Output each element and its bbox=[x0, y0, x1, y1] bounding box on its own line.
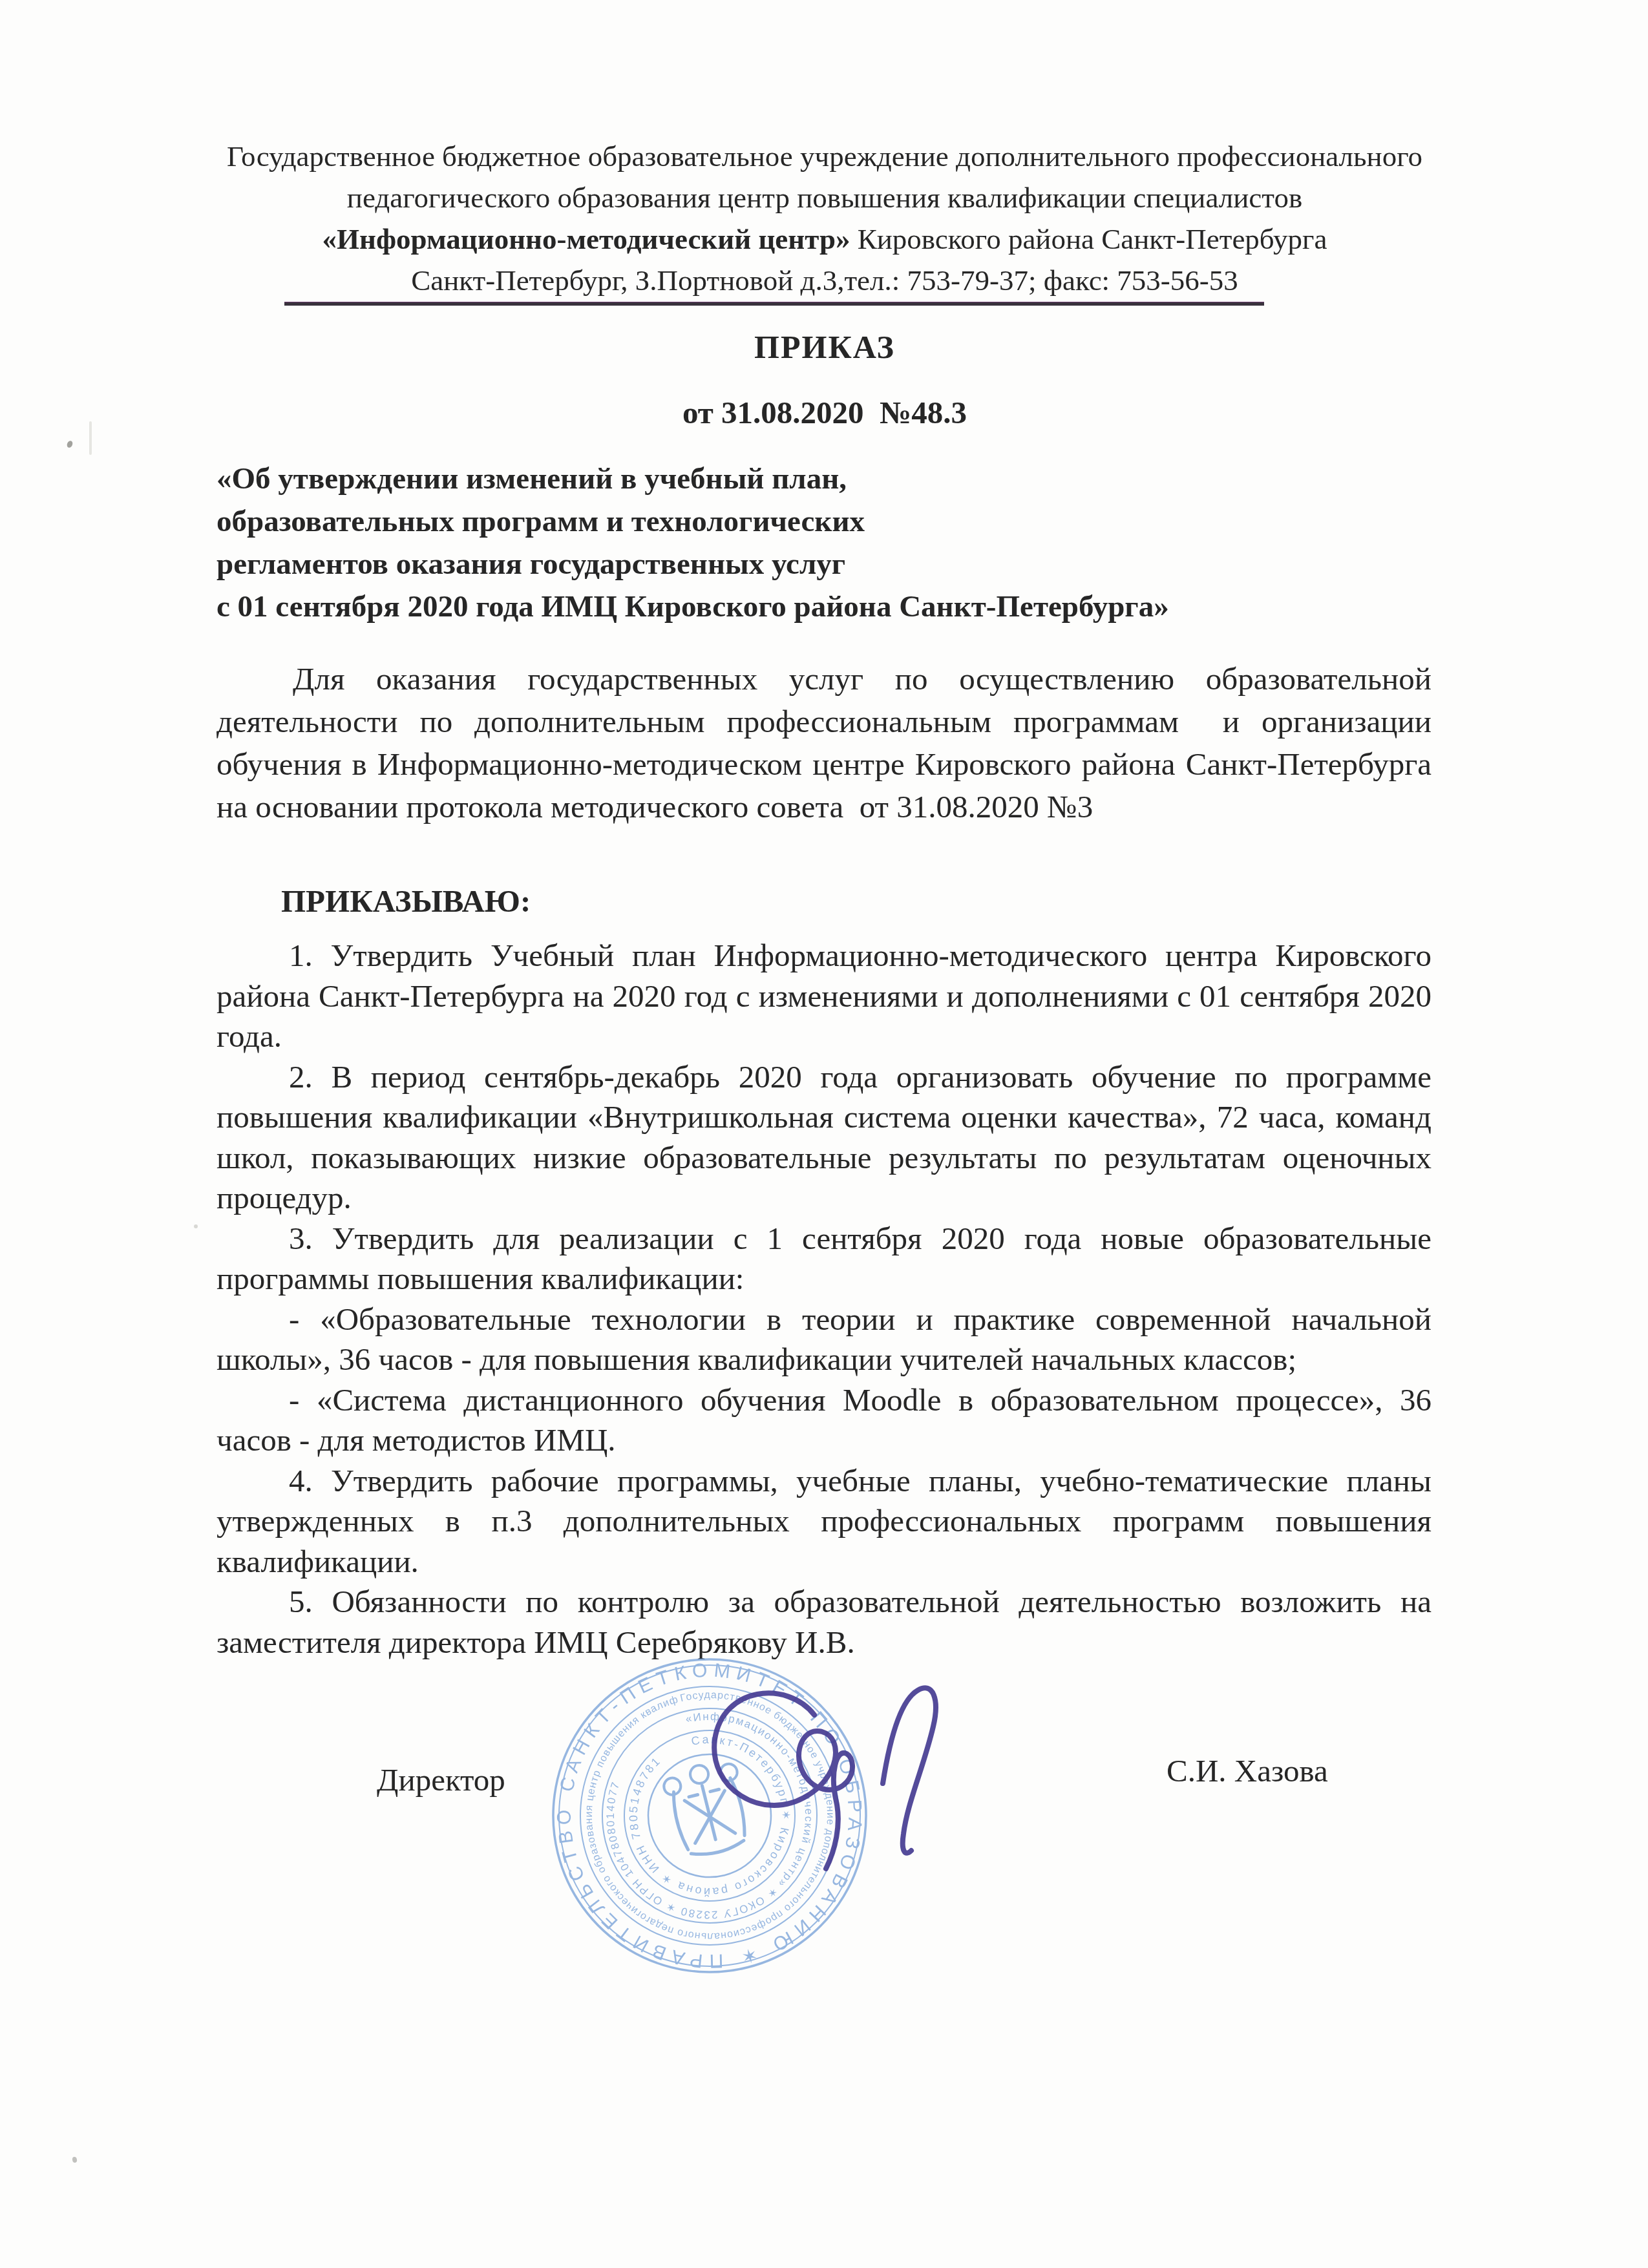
scan-artifact bbox=[72, 2156, 78, 2163]
letterhead-line-4: Санкт-Петербург, З.Портновой д.3,тел.: 7… bbox=[217, 260, 1433, 301]
org-name-rest: Кировского района Санкт-Петербурга bbox=[858, 223, 1327, 255]
subject-line-3: регламентов оказания государственных усл… bbox=[217, 543, 1444, 585]
scan-artifact bbox=[66, 440, 74, 448]
letterhead-line-1: Государственное бюджетное образовательно… bbox=[217, 136, 1433, 177]
order-subject: «Об утверждении изменений в учебный план… bbox=[217, 457, 1444, 628]
order-title: ПРИКАЗ bbox=[217, 328, 1433, 366]
stamp-coat-of-arms bbox=[660, 1756, 755, 1861]
subject-line-2: образовательных программ и технологическ… bbox=[217, 500, 1444, 543]
stamp-ring-middle1-text: Государственное бюджетное учреждение доп… bbox=[548, 1652, 862, 1978]
order-date-number: от 31.08.2020 №48.3 bbox=[217, 394, 1433, 431]
scan-artifact bbox=[194, 1224, 198, 1228]
order-items: 1. Утвердить Учебный план Информационно-… bbox=[217, 936, 1431, 1663]
letterhead-line-2: педагогического образования центр повыше… bbox=[217, 177, 1433, 218]
intro-paragraph: Для оказания государственных услуг по ос… bbox=[217, 658, 1431, 828]
official-round-stamp: КОМИТЕТ ПО ОБРАЗОВАНИЮ ✶ ПРАВИТЕЛЬСТВО С… bbox=[548, 1652, 874, 1981]
stamp-ring-middle2-text: «Информационно-методический центр» ✶ ОКО… bbox=[582, 1688, 837, 1943]
subject-line-1: «Об утверждении изменений в учебный план… bbox=[217, 457, 1444, 500]
letterhead: Государственное бюджетное образовательно… bbox=[217, 136, 1433, 301]
signature-name: С.И. Хазова bbox=[1167, 1752, 1328, 1789]
svg-text:«Информационно-методический це: «Информационно-методический центр» ✶ ОКО… bbox=[582, 1688, 837, 1943]
order-item-2: 2. В период сентябрь-декабрь 2020 года о… bbox=[217, 1057, 1431, 1219]
order-item-1: 1. Утвердить Учебный план Информационно-… bbox=[217, 936, 1431, 1057]
handwritten-signature bbox=[677, 1675, 962, 1888]
scanned-order-page: Государственное бюджетное образовательно… bbox=[0, 0, 1648, 2268]
svg-text:Государственное бюджетное учре: Государственное бюджетное учреждение доп… bbox=[548, 1652, 862, 1978]
command-heading: ПРИКАЗЫВАЮ: bbox=[281, 883, 531, 919]
scan-artifact bbox=[89, 421, 92, 455]
order-item-4: 4. Утвердить рабочие программы, учебные … bbox=[217, 1461, 1431, 1582]
order-item-3-sub-2: - «Система дистанционного обучения Moodl… bbox=[217, 1380, 1431, 1461]
stamp-ring-inner-text: Санкт-Петербург ✶ Кировского района ✶ ИН… bbox=[609, 1716, 810, 1916]
org-name-bold: «Информационно-методический центр» bbox=[322, 223, 850, 255]
order-item-5: 5. Обязанности по контролю за образовате… bbox=[217, 1582, 1431, 1663]
letterhead-line-3: «Информационно-методический центр» Киров… bbox=[217, 218, 1433, 260]
svg-text:Санкт-Петербург ✶ Кировского р: Санкт-Петербург ✶ Кировского района ✶ ИН… bbox=[609, 1716, 810, 1916]
signature-role-label: Директор bbox=[377, 1761, 505, 1798]
order-item-3: 3. Утвердить для реализации с 1 сентября… bbox=[217, 1219, 1431, 1299]
letterhead-divider bbox=[284, 302, 1264, 306]
svg-text:КОМИТЕТ ПО ОБРАЗОВАНИЮ ✶ ПРАВИ: КОМИТЕТ ПО ОБРАЗОВАНИЮ ✶ ПРАВИТЕЛЬСТВО С… bbox=[548, 1652, 874, 1981]
subject-line-4: с 01 сентября 2020 года ИМЦ Кировского р… bbox=[217, 585, 1444, 628]
stamp-ring-outer-text: КОМИТЕТ ПО ОБРАЗОВАНИЮ ✶ ПРАВИТЕЛЬСТВО С… bbox=[548, 1652, 874, 1981]
order-item-3-sub-1: - «Образовательные технологии в теории и… bbox=[217, 1299, 1431, 1380]
